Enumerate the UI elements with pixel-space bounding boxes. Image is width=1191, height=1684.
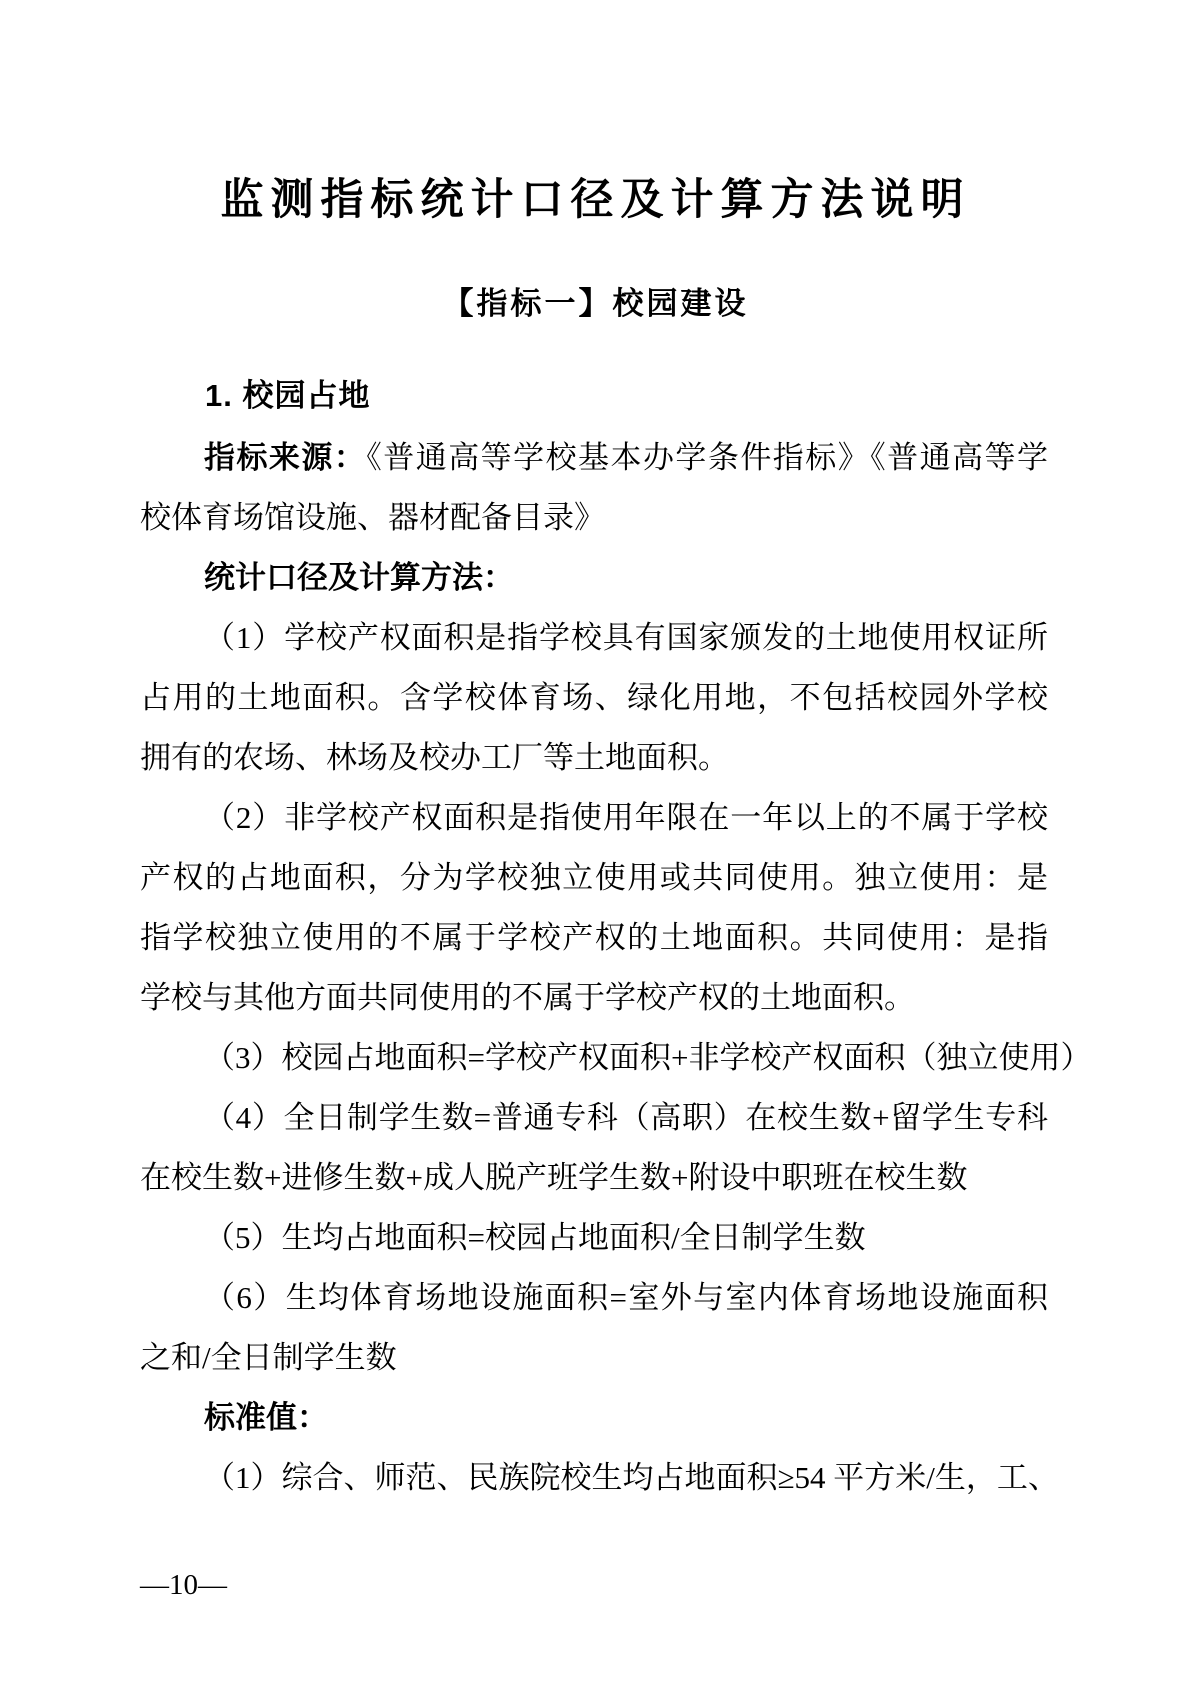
text-line: 学校与其他方面共同使用的不属于学校产权的土地面积。 [140, 968, 1048, 1028]
page-number: —10— [140, 1570, 227, 1600]
paragraph-lead-label: 指标来源： [204, 440, 366, 475]
document-title: 监测指标统计口径及计算方法说明 [0, 0, 1191, 224]
section-heading: 1. 校园占地 [205, 380, 1048, 411]
paragraph-method-item-1: （1）学校产权面积是指学校具有国家颁发的土地使用权证所占用的土地面积。含学校体育… [140, 608, 1048, 788]
paragraph-indicator-source: 指标来源：《普通高等学校基本办学条件指标》《普通高等学校体育场馆设施、器材配备目… [140, 428, 1048, 548]
text-line: 指学校独立使用的不属于学校产权的土地面积。共同使用：是指 [140, 908, 1048, 968]
text-line: （1）综合、师范、民族院校生均占地面积≥54 平方米/生，工、 [140, 1448, 1048, 1508]
text-line: 指标来源：《普通高等学校基本办学条件指标》《普通高等学 [140, 428, 1048, 488]
paragraph-method-item-3: （3）校园占地面积=学校产权面积+非学校产权面积（独立使用） [140, 1028, 1048, 1088]
paragraph-standard-item-1: （1）综合、师范、民族院校生均占地面积≥54 平方米/生，工、 [140, 1448, 1048, 1508]
document-content: 1. 校园占地 指标来源：《普通高等学校基本办学条件指标》《普通高等学校体育场馆… [140, 380, 1048, 1508]
text-line: （6）生均体育场地设施面积=室外与室内体育场地设施面积 [140, 1268, 1048, 1328]
paragraph-statistical-method-label: 统计口径及计算方法： [140, 548, 1048, 608]
text-line: 产权的占地面积，分为学校独立使用或共同使用。独立使用：是 [140, 848, 1048, 908]
text-line: 占用的土地面积。含学校体育场、绿化用地，不包括校园外学校 [140, 668, 1048, 728]
text-line: 在校生数+进修生数+成人脱产班学生数+附设中职班在校生数 [140, 1148, 1048, 1208]
text-line: 拥有的农场、林场及校办工厂等土地面积。 [140, 728, 1048, 788]
indicator-section-subtitle: 【指标一】校园建设 [0, 288, 1191, 319]
document-body: 指标来源：《普通高等学校基本办学条件指标》《普通高等学校体育场馆设施、器材配备目… [140, 428, 1048, 1508]
paragraph-method-item-4: （4）全日制学生数=普通专科（高职）在校生数+留学生专科在校生数+进修生数+成人… [140, 1088, 1048, 1208]
paragraph-standard-value-label: 标准值： [140, 1388, 1048, 1448]
text-line: （2）非学校产权面积是指使用年限在一年以上的不属于学校 [140, 788, 1048, 848]
text-line: （5）生均占地面积=校园占地面积/全日制学生数 [140, 1208, 1048, 1268]
text-line: 标准值： [140, 1388, 1048, 1448]
text-line: （4）全日制学生数=普通专科（高职）在校生数+留学生专科 [140, 1088, 1048, 1148]
text-line: 统计口径及计算方法： [140, 548, 1048, 608]
document-page: 监测指标统计口径及计算方法说明 【指标一】校园建设 1. 校园占地 指标来源：《… [0, 0, 1191, 1684]
text-line: 校体育场馆设施、器材配备目录》 [140, 488, 1048, 548]
paragraph-method-item-5: （5）生均占地面积=校园占地面积/全日制学生数 [140, 1208, 1048, 1268]
text-line: 之和/全日制学生数 [140, 1328, 1048, 1388]
text-line: （3）校园占地面积=学校产权面积+非学校产权面积（独立使用） [140, 1028, 1048, 1088]
paragraph-method-item-2: （2）非学校产权面积是指使用年限在一年以上的不属于学校产权的占地面积，分为学校独… [140, 788, 1048, 1028]
text-line: （1）学校产权面积是指学校具有国家颁发的土地使用权证所 [140, 608, 1048, 668]
paragraph-method-item-6: （6）生均体育场地设施面积=室外与室内体育场地设施面积之和/全日制学生数 [140, 1268, 1048, 1388]
